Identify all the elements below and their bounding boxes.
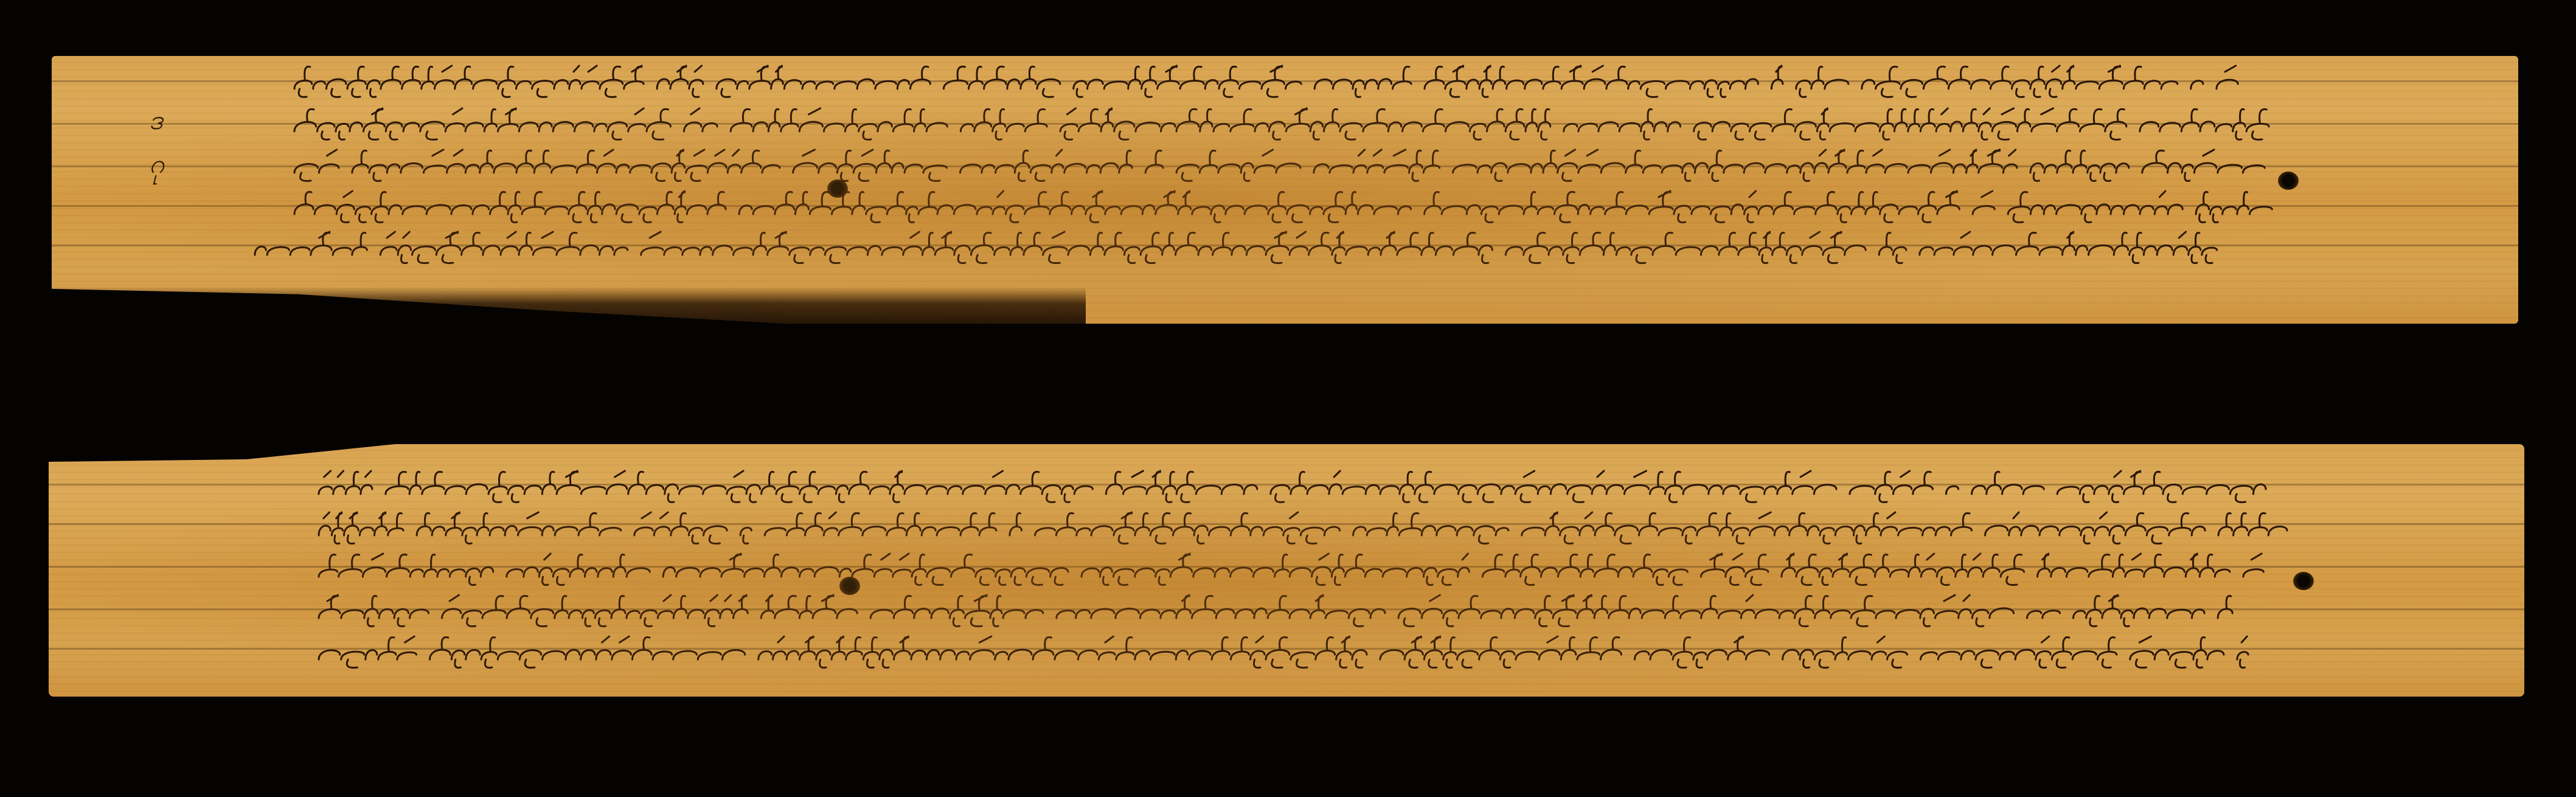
handwriting-strokes: [316, 634, 2257, 670]
manuscript-line: ဥဒ္ဓ ဝေဒ ပုဂ္ဂ ညွ မိုဂ္ဂ ဗုဒ္ဓ ဂါမ ညာ မဟ…: [292, 106, 2275, 142]
string-hole: [2293, 572, 2314, 590]
palm-leaf-bottom: သုဂ္ဂမ္ဘီရ ညွ ပုဂ္ဂ ဝေဒ ဗုဒ္ဓ ဝိသုဒ္ဓိ မ…: [49, 444, 2524, 697]
manuscript-line: ဝိဃ္ဃ ဝဗုဒ္ဓ ဝေမုတ္တ တဗုဒ္ဓ ပုဂ္ဂ ဒေဝ တရ…: [292, 189, 2275, 225]
manuscript-line: ဝိဇ္ဇာ စရဏ ပုဂ္ဂ ညွ ဗုဒ္ဓ ဒေဝ ဗိုလ္လ ဝိမ…: [316, 634, 2257, 670]
string-hole: [2278, 172, 2299, 190]
manuscript-line: တ္တဝိ ဗုဒ္ဓ ညွ ဂမ္ဘီရ ပုဂ္ဂ ဒေဝ ဗိုလ္လ ဝ…: [316, 593, 2263, 629]
handwriting-strokes: [316, 593, 2263, 629]
handwriting-strokes: [292, 147, 2275, 184]
handwriting-strokes: [316, 510, 2299, 546]
manuscript-line: သဂ္ဂ ဝိရိယ ဗိုလ္လ ဝေမုတ္တိ ညာဏ ဒဿန ပုဂ္ဂ…: [252, 229, 2235, 266]
palm-leaf-top: ဒ ဂု ပံ့ဟိုဝိသေဒျ ဒွိ ယွတ္တ ပွ ဘေျဒဝိပြ …: [52, 56, 2518, 324]
handwriting-strokes: [316, 551, 2275, 588]
handwriting-strokes: [292, 189, 2275, 225]
handwriting-strokes: [316, 468, 2281, 505]
handwriting-strokes: [292, 106, 2275, 142]
manuscript-line: သုဂ္ဂမ္ဘီရ ညွ ပုဂ္ဂ ဝေဒ ဗုဒ္ဓ ဝိသုဒ္ဓိ မ…: [316, 468, 2281, 505]
handwriting-strokes: [252, 229, 2235, 266]
leaf-number-mark: ဂု: [149, 147, 164, 186]
leaf-number-mark: ဒ: [149, 103, 163, 142]
burnt-edge: [52, 287, 1086, 324]
manuscript-line: ဝိညာဏ ပုဂ္ဂ ညွ ဗိုလ္လ ဒေဝ ပုဂ္ဂ ဗုဒ္ဓ ဓမ…: [316, 510, 2299, 546]
manuscript-line: ဗိုလ္လ ဝိရိယ ဂုဏ် ဒွိ သမ္မာ ဒိဋ္ဌိ ပုဂ္ဂ…: [316, 551, 2275, 588]
manuscript-line: ပံ့ဟိုဝိသေဒျ ဒွိ ယွတ္တ ပွ ဘေျဒဝိပြ ဥပလပ္…: [292, 63, 2248, 100]
handwriting-strokes: [292, 63, 2248, 100]
manuscript-line: ဝေဘုဒ္ဓ ဝတ္တ ဗိုလ္လ ညွ ဒဿန ပုဂ္ဂ ဗုဒ္ဓ ဂ…: [292, 147, 2275, 184]
